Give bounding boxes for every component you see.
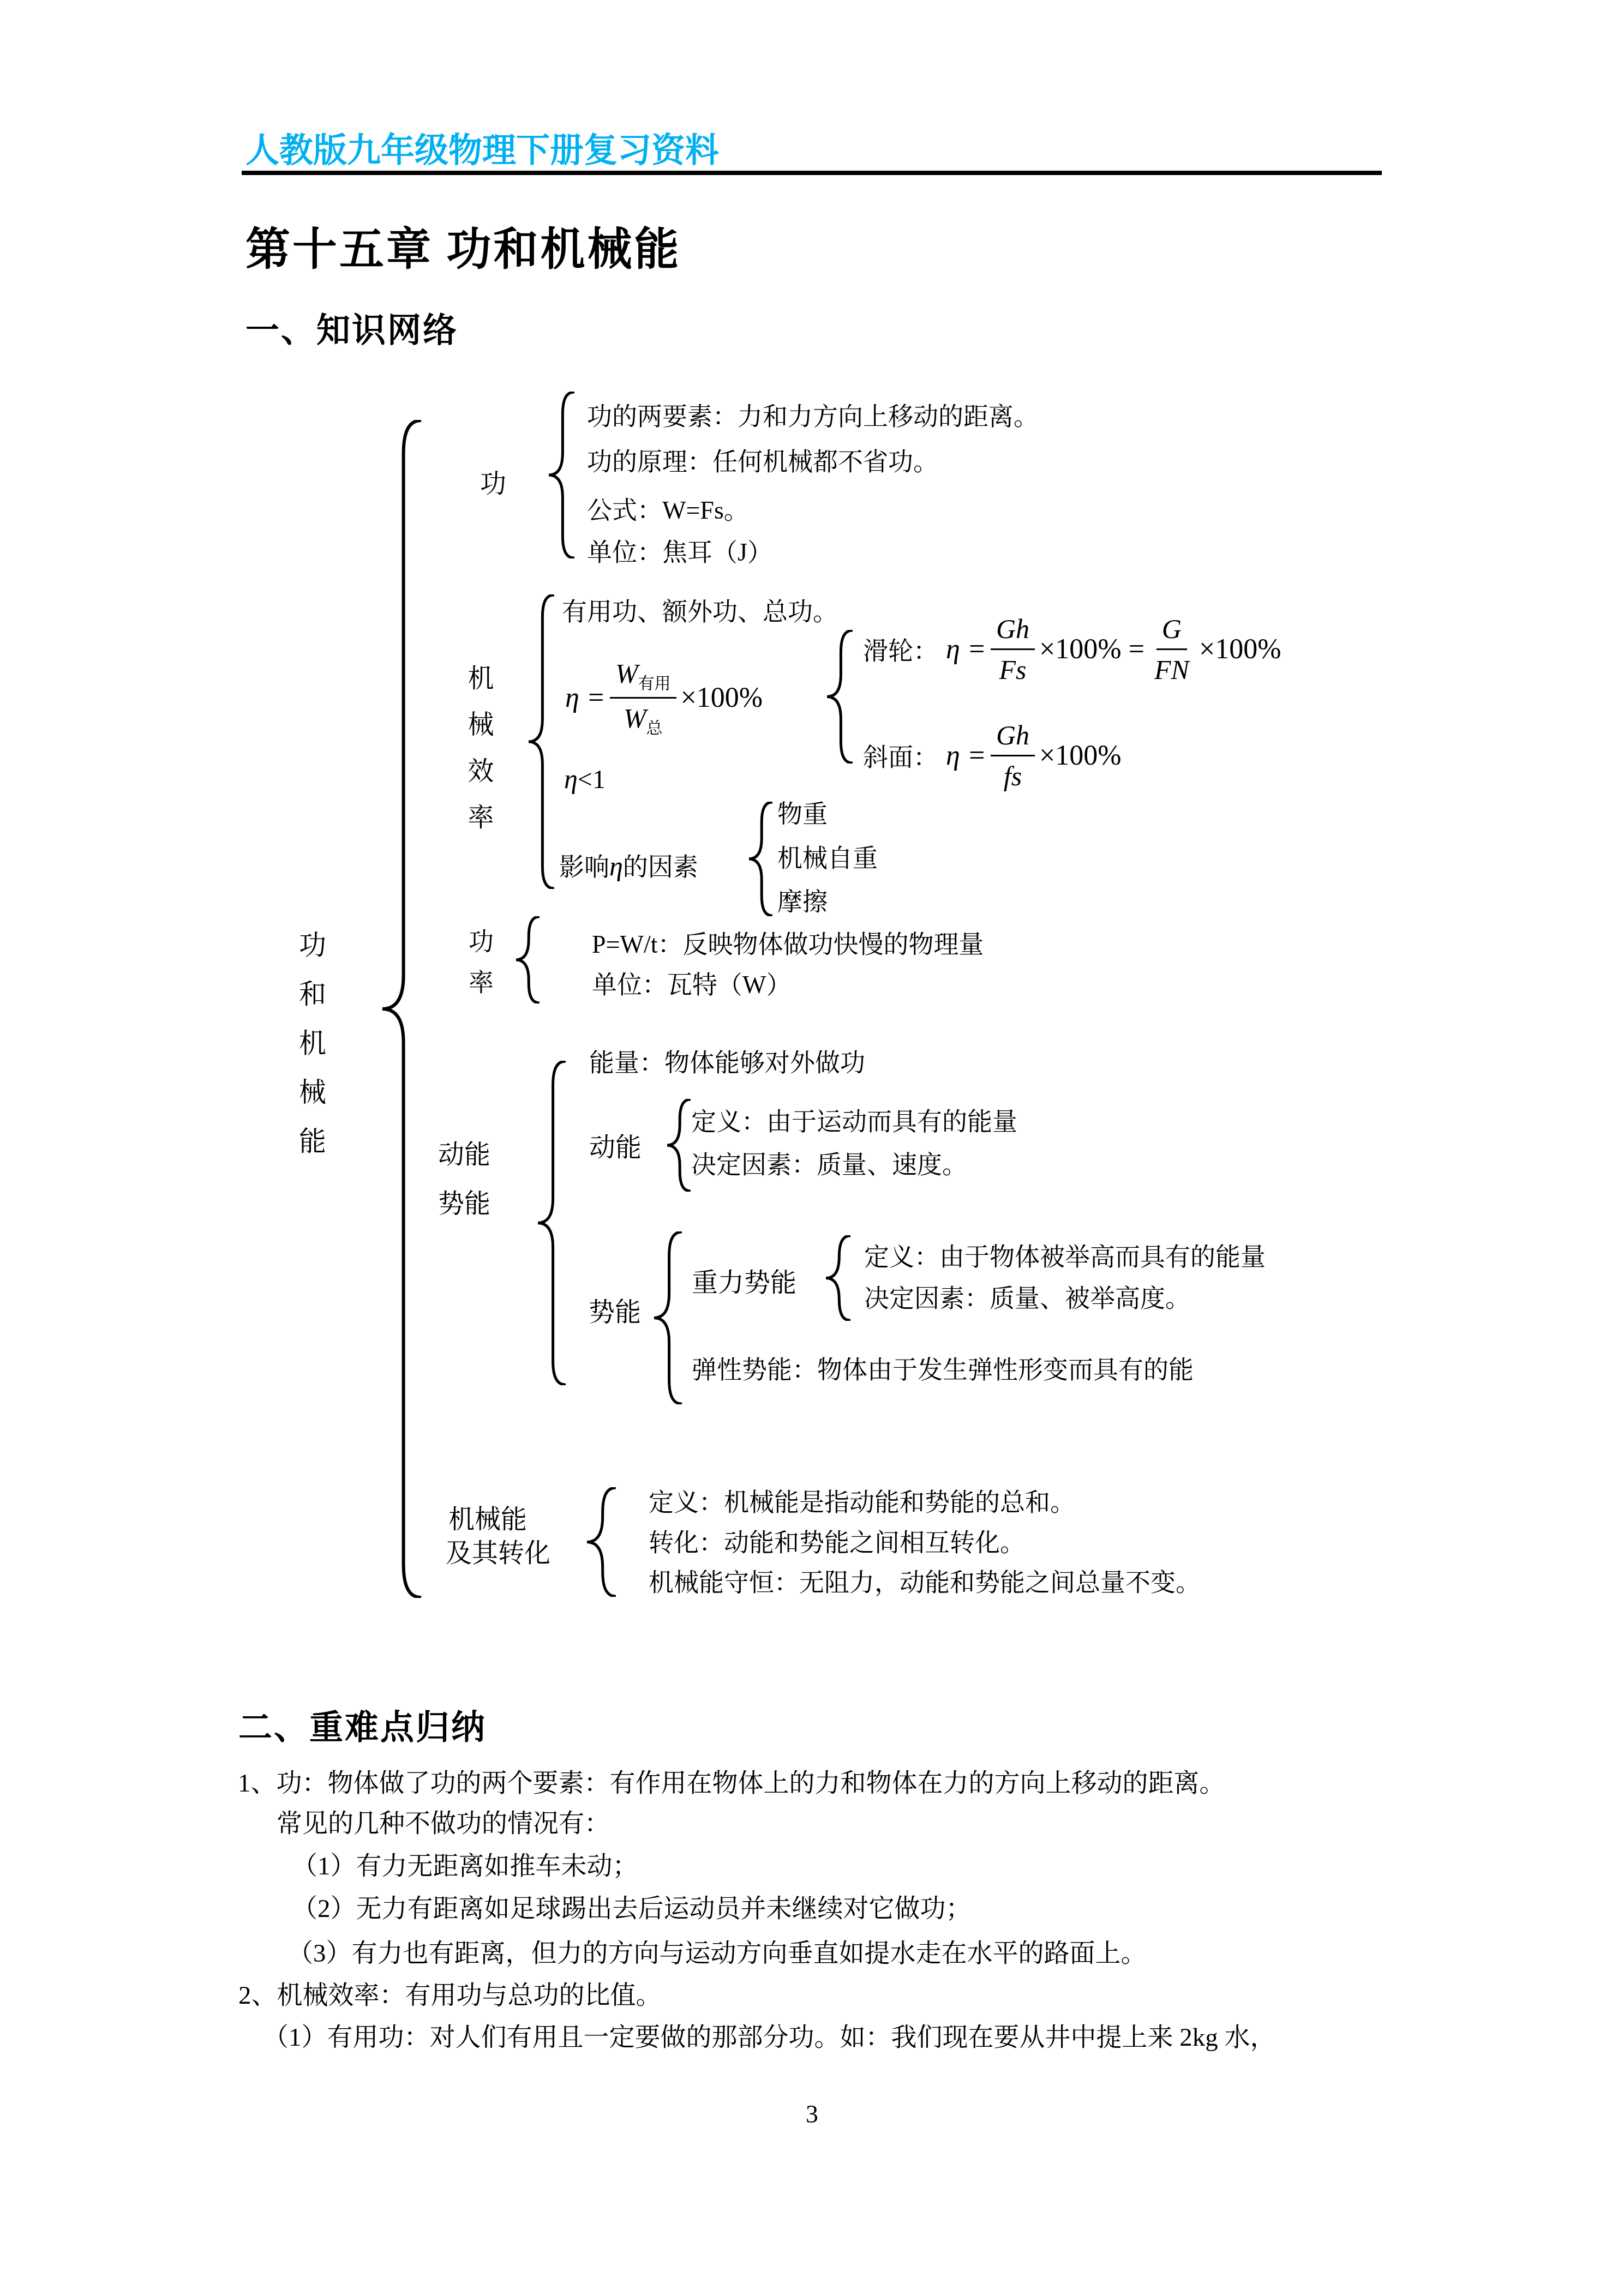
header-rule [242,171,1382,175]
body-line: （3）有力也有距离，但力的方向与运动方向垂直如提水走在水平的路面上。 [287,1938,1147,1970]
pulley-fraction-2: G FN [1149,612,1195,686]
potential-brace [654,1231,682,1404]
work-brace [548,392,574,558]
efficiency-formula: η = W有用 W总 ×100% [565,651,763,744]
map-root-label: 功和机械能 [297,930,324,1176]
kinetic-label: 动能 [589,1132,642,1164]
pulley-fraction-1: Gh Fs [991,612,1035,686]
energy-intro: 能量：物体能够对外做功 [589,1047,865,1079]
body-line: （1）有力无距离如推车未动； [292,1850,638,1883]
map-node-energy-line1: 动能 [438,1139,490,1171]
mech-brace [586,1487,616,1597]
power-item: P=W/t：反映物体做功快慢的物理量 [592,929,984,960]
energy-brace [537,1061,566,1385]
grav-potential-item: 决定因素：质量、被举高度。 [864,1283,1190,1314]
mech-item: 机械能守恒：无阻力，动能和势能之间总量不变。 [649,1567,1201,1598]
pulley-label: 滑轮： [863,631,938,667]
efficiency-brace [528,594,554,889]
body-line: （2）无力有距离如足球踢出去后运动员并未继续对它做功； [292,1893,972,1925]
root-brace [382,420,421,1598]
kinetic-item: 定义：由于运动而具有的能量 [691,1106,1017,1138]
work-item: 功的原理：任何机械都不省功。 [587,446,938,478]
map-node-power: 功率 [466,928,492,1010]
map-node-efficiency: 机械效率 [465,664,491,850]
kinetic-brace [667,1099,691,1192]
formula-fraction: W有用 W总 [610,657,676,738]
eta-factor-item: 摩擦 [777,886,828,918]
eta-factors-brace [748,802,772,916]
doc-header-title: 人教版九年级物理下册复习资料 [245,123,719,172]
grav-potential-brace [825,1235,850,1321]
map-node-mech-line2: 及其转化 [446,1537,550,1570]
power-item: 单位：瓦特（W） [592,969,791,1001]
map-node-work: 功 [480,468,506,501]
body-line: 2、机械效率：有用功与总功的比值。 [238,1980,662,2012]
pulley-formula: 滑轮： η = Gh Fs ×100% = G FN ×100% [863,603,1281,695]
eta-factors-label: 影响η的因素 [559,849,698,883]
potential-label: 势能 [589,1296,641,1329]
eta-factor-item: 物重 [777,798,828,830]
work-item: 单位：焦耳（J） [587,537,772,568]
eta-less-than-one: η<1 [564,762,606,796]
map-node-energy-line2: 势能 [438,1188,490,1221]
mech-item: 转化：动能和势能之间相互转化。 [649,1527,1025,1559]
grav-potential-label: 重力势能 [692,1267,796,1300]
body-line: 1、功：物体做了功的两个要素：有作用在物体上的力和物体在力的方向上移动的距离。 [238,1768,1225,1800]
efficiency-cases-brace [826,630,853,764]
formula-rhs: ×100% [681,682,763,714]
incline-fraction: Gh fs [991,719,1035,792]
grav-potential-item: 定义：由于物体被举高而具有的能量 [864,1241,1266,1273]
elastic-potential-item: 弹性势能：物体由于发生弹性形变而具有的能 [692,1354,1194,1386]
chapter-title: 第十五章 功和机械能 [245,214,681,278]
work-item: 公式：W=Fs。 [587,495,749,526]
section1-heading: 一、知识网络 [245,303,458,352]
body-line: 常见的几种不做功的情况有： [277,1808,610,1840]
page-number: 3 [0,2099,1624,2130]
efficiency-intro: 有用功、额外功、总功。 [562,596,838,628]
section2-heading: 二、重难点归纳 [238,1700,487,1749]
incline-label: 斜面： [863,737,938,773]
incline-formula: 斜面： η = Gh fs ×100% [863,709,1122,802]
map-node-mech-line1: 机械能 [448,1504,527,1536]
document-page: 人教版九年级物理下册复习资料 第十五章 功和机械能 一、知识网络 功和机械能 功… [0,0,1624,2296]
kinetic-item: 决定因素：质量、速度。 [691,1149,967,1181]
power-brace [516,916,540,1003]
formula-lhs: η = [565,682,606,714]
body-line: （1）有用功：对人们有用且一定要做的那部分功。如：我们现在要从井中提上来 2kg… [263,2022,1276,2054]
eta-factor-item: 机械自重 [777,843,878,874]
work-item: 功的两要素：力和力方向上移动的距离。 [587,401,1039,432]
mech-item: 定义：机械能是指动能和势能的总和。 [649,1487,1075,1518]
